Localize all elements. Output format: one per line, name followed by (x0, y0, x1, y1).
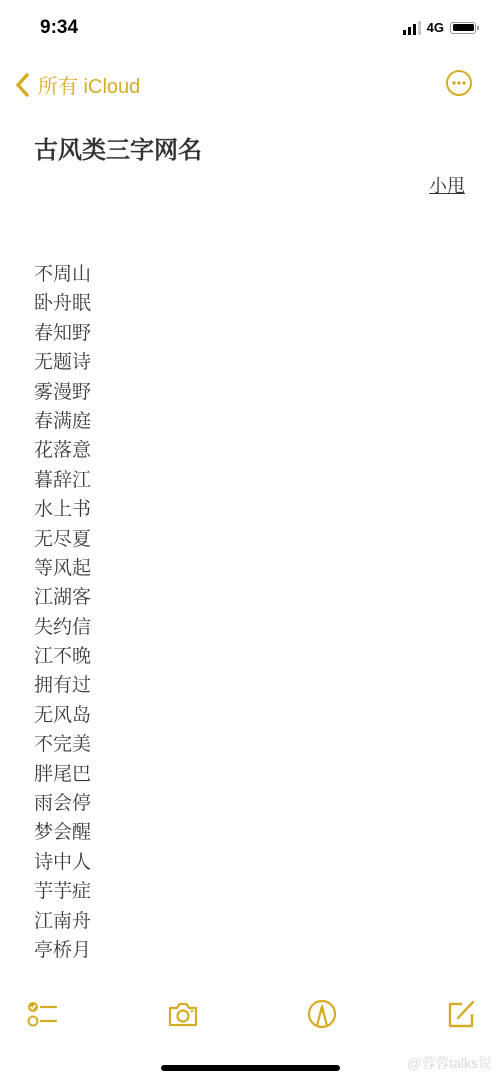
camera-button[interactable] (166, 997, 200, 1031)
compose-icon (444, 997, 478, 1031)
list-item[interactable]: 江不晚 (34, 642, 91, 671)
list-item[interactable]: 水上书 (34, 495, 91, 524)
list-item[interactable]: 春知野 (34, 319, 91, 348)
status-indicators: 4G (403, 20, 476, 35)
home-indicator[interactable] (161, 1065, 340, 1071)
list-item[interactable]: 不完美 (34, 730, 91, 759)
list-item[interactable]: 江南舟 (34, 907, 91, 936)
list-item[interactable]: 雨会停 (34, 789, 91, 818)
list-item[interactable]: 春满庭 (34, 407, 91, 436)
watermark: @蓉蓉talks说 (407, 1053, 492, 1073)
network-type: 4G (427, 20, 444, 35)
signal-bars-icon (403, 21, 421, 35)
list-item[interactable]: 雾漫野 (34, 378, 91, 407)
list-item[interactable]: 无题诗 (34, 348, 91, 377)
list-item[interactable]: 芋芋症 (34, 877, 91, 906)
note-title[interactable]: 古风类三字网名 (34, 130, 474, 170)
nav-bar: 所有 iCloud (0, 62, 500, 106)
status-bar: 9:34 4G (0, 0, 500, 60)
back-label: 所有 iCloud (38, 70, 140, 99)
list-item[interactable]: 等风起 (34, 554, 91, 583)
list-item[interactable]: 诗中人 (34, 848, 91, 877)
camera-icon (166, 997, 200, 1031)
chevron-left-icon (14, 72, 32, 98)
name-list[interactable]: 不周山 卧舟眠 春知野 无题诗 雾漫野 春满庭 花落意 暮辞江 水上书 无尽夏 … (34, 260, 91, 965)
compose-button[interactable] (444, 997, 478, 1031)
battery-full-icon (450, 22, 476, 34)
list-item[interactable]: 无尽夏 (34, 525, 91, 554)
list-item[interactable]: 拥有过 (34, 671, 91, 700)
markup-button[interactable] (305, 997, 339, 1031)
status-time: 9:34 (40, 17, 78, 39)
checklist-icon (25, 997, 59, 1031)
list-item[interactable]: 失约信 (34, 613, 91, 642)
list-item[interactable]: 亭桥月 (34, 936, 91, 965)
note-author[interactable]: 小甩 (429, 172, 465, 198)
markup-pen-icon (305, 997, 339, 1031)
list-item[interactable]: 暮辞江 (34, 466, 91, 495)
bottom-toolbar (0, 995, 500, 1035)
more-button[interactable] (445, 69, 473, 97)
list-item[interactable]: 梦会醒 (34, 818, 91, 847)
list-item[interactable]: 胖尾巴 (34, 760, 91, 789)
list-item[interactable]: 无风岛 (34, 701, 91, 730)
list-item[interactable]: 花落意 (34, 436, 91, 465)
list-item[interactable]: 不周山 (34, 260, 91, 289)
checklist-button[interactable] (25, 997, 59, 1031)
list-item[interactable]: 卧舟眠 (34, 289, 91, 318)
back-button[interactable]: 所有 iCloud (14, 70, 140, 99)
list-item[interactable]: 江湖客 (34, 583, 91, 612)
ellipsis-circle-icon (445, 69, 473, 97)
note-header[interactable]: 古风类三字网名 小甩 (34, 130, 474, 170)
